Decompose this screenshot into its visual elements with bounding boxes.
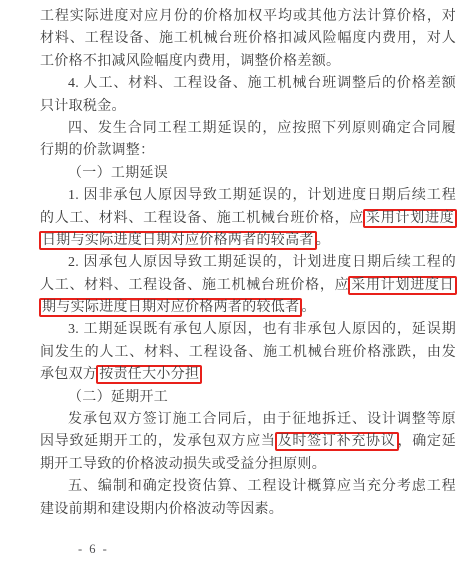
text-line: 2. 因承包人原因导致工期延误的，计划进度日期后续工程的	[40, 252, 456, 274]
text-line: 日期与实际进度日期对应价格两者的较高者。	[40, 230, 456, 252]
text-segment: 建设前期和建设期内价格波动等因素。	[40, 502, 283, 517]
red-highlight-box: 日期与实际进度日期对应价格两者的较高者	[39, 231, 317, 250]
red-highlight-box: 采用计划进度	[363, 209, 457, 228]
text-segment: ，确定延	[398, 434, 457, 449]
text-line: 发承包双方签订施工合同后，由于征地拆迁、设计调整等原	[40, 409, 456, 431]
text-line: 五、编制和确定投资估算、工程设计概算应当充分考虑工程	[40, 476, 456, 498]
text-line: 的人工、材料、工程设备、施工机械台班价格，应采用计划进度	[40, 208, 456, 230]
text-segment: 3. 工期延误既有承包人原因，也有非承包人原因的，延误期	[68, 322, 456, 337]
text-segment: 发承包双方签订施工合同后，由于征地拆迁、设计调整等原	[68, 412, 456, 427]
text-segment: 的人工、材料、工程设备、施工机械台班价格，应	[40, 211, 364, 226]
text-segment: 四、发生合同工程工期延误的，应按照下列原则确定合同履	[68, 121, 456, 136]
text-segment: 工价格不扣减风险幅度内费用，调整价格差额。	[40, 54, 340, 69]
text-line: 承包双方按责任大小分担	[40, 364, 456, 386]
text-line: 人工、材料、工程设备、施工机械台班价格，应采用计划进度日	[40, 275, 456, 297]
text-segment: 材料、工程设备、施工机械台班价格扣减风险幅度内费用，对人	[40, 31, 456, 46]
text-segment: 1. 因非承包人原因导致工期延误的，计划进度日期后续工程	[68, 188, 456, 203]
text-line: 建设前期和建设期内价格波动等因素。	[40, 499, 456, 521]
text-line: 四、发生合同工程工期延误的，应按照下列原则确定合同履	[40, 118, 456, 140]
text-segment: 只计取税金。	[40, 99, 126, 114]
section-heading-line: （一）工期延误	[40, 163, 456, 185]
text-line: 因导致延期开工的，发承包双方应当及时签订补充协议，确定延	[40, 431, 456, 453]
text-line: 行期的价款调整：	[40, 140, 456, 162]
document-page: 工程实际进度对应月份的价格加权平均或其他方法计算价格，对 材料、工程设备、施工机…	[0, 0, 468, 572]
text-line: 只计取税金。	[40, 96, 456, 118]
text-segment: 。	[316, 233, 330, 248]
text-segment: 4. 人工、材料、工程设备、施工机械台班调整后的价格差额	[68, 76, 456, 91]
text-segment: 工程实际进度对应月份的价格加权平均或其他方法计算价格，对	[40, 9, 456, 24]
document-body-text: 工程实际进度对应月份的价格加权平均或其他方法计算价格，对 材料、工程设备、施工机…	[40, 6, 456, 521]
text-line: 工程实际进度对应月份的价格加权平均或其他方法计算价格，对	[40, 6, 456, 28]
text-segment: 期开工导致的价格波动损失或受益分担原则。	[40, 457, 326, 472]
text-line: 期与实际进度日期对应价格两者的较低者。	[40, 297, 456, 319]
text-segment: 间发生的人工、材料、工程设备、施工机械台班价格涨跌，由发	[40, 345, 456, 360]
text-line: 材料、工程设备、施工机械台班价格扣减风险幅度内费用，对人	[40, 28, 456, 50]
text-line: 4. 人工、材料、工程设备、施工机械台班调整后的价格差额	[40, 73, 456, 95]
text-segment: 行期的价款调整：	[40, 143, 154, 158]
page-number: - 6 -	[40, 541, 456, 557]
text-segment: 因导致延期开工的，发承包双方应当	[40, 434, 276, 449]
red-highlight-box: 及时签订补充协议	[275, 432, 399, 451]
text-line: 1. 因非承包人原因导致工期延误的，计划进度日期后续工程	[40, 185, 456, 207]
text-line: 期开工导致的价格波动损失或受益分担原则。	[40, 454, 456, 476]
text-segment: 2. 因承包人原因导致工期延误的，计划进度日期后续工程的	[68, 255, 456, 270]
red-highlight-box: 按责任大小分担	[96, 365, 202, 384]
text-segment: （二）延期开工	[68, 390, 168, 405]
text-segment: 。	[301, 300, 315, 315]
text-line: 间发生的人工、材料、工程设备、施工机械台班价格涨跌，由发	[40, 342, 456, 364]
text-segment: 承包双方	[40, 367, 97, 382]
text-segment: 人工、材料、工程设备、施工机械台班价格，应	[40, 278, 349, 293]
red-highlight-box: 采用计划进度日	[348, 276, 457, 295]
text-segment: （一）工期延误	[68, 166, 168, 181]
section-heading-line: （二）延期开工	[40, 387, 456, 409]
red-highlight-box: 期与实际进度日期对应价格两者的较低者	[39, 298, 302, 317]
text-line: 工价格不扣减风险幅度内费用，调整价格差额。	[40, 51, 456, 73]
text-segment: 五、编制和确定投资估算、工程设计概算应当充分考虑工程	[68, 479, 456, 494]
text-line: 3. 工期延误既有承包人原因，也有非承包人原因的，延误期	[40, 319, 456, 341]
